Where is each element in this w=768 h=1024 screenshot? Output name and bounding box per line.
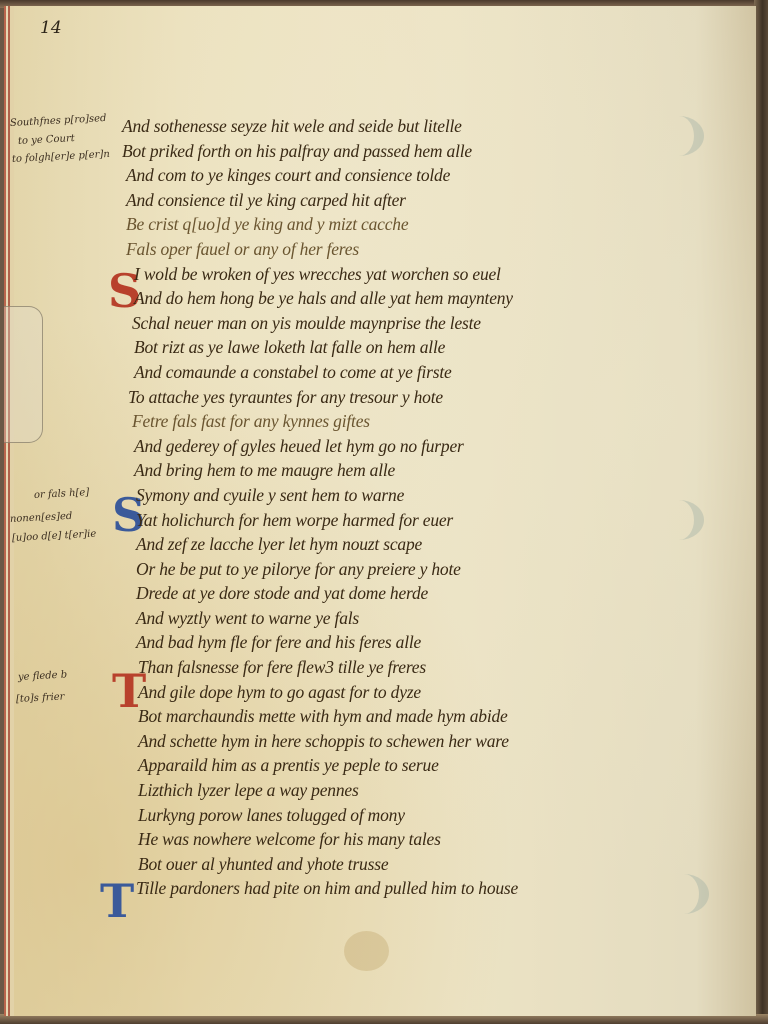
verse-line: And gederey of gyles heued let hym go no… bbox=[134, 434, 734, 459]
verse-line: And consience til ye king carped hit aft… bbox=[126, 188, 726, 213]
verse-line: And sothenesse seyze hit wele and seide … bbox=[122, 114, 722, 139]
verse-line: Than falsnesse for fere flew3 tille ye f… bbox=[138, 655, 738, 680]
verse-line: Be crist q[uo]d ye king and y mizt cacch… bbox=[126, 212, 726, 237]
marginal-note: or fals h[e] bbox=[34, 487, 90, 502]
verse-line: And zef ze lacche lyer let hym nouzt sca… bbox=[136, 532, 736, 557]
verse-line: And bring hem to me maugre hem alle bbox=[134, 458, 734, 483]
verse-text-block: And sothenesse seyze hit wele and seide … bbox=[122, 114, 722, 901]
book-clasp bbox=[4, 306, 43, 443]
verse-line: Schal neuer man on yis moulde maynprise … bbox=[132, 311, 732, 336]
verse-line: Symony and cyuile y sent hem to warne bbox=[136, 483, 736, 508]
verse-line: And gile dope hym to go agast for to dyz… bbox=[138, 680, 738, 705]
verse-line: Apparaild him as a prentis ye peple to s… bbox=[138, 753, 738, 778]
marginal-note: to folgh[er]e p[er]n bbox=[12, 149, 110, 166]
verse-line: Fetre fals fast for any kynnes giftes bbox=[132, 409, 732, 434]
verse-line: Lizthich lyzer lepe a way pennes bbox=[138, 778, 738, 803]
verse-line: Yat holichurch for hem worpe harmed for … bbox=[136, 508, 736, 533]
folio-number: 14 bbox=[40, 18, 62, 38]
verse-line: And do hem hong be ye hals and alle yat … bbox=[134, 286, 734, 311]
verse-line: Lurkyng porow lanes tolugged of mony bbox=[138, 803, 738, 828]
verse-line: I wold be wroken of yes wrecches yat wor… bbox=[134, 262, 734, 287]
verse-line: To attache yes tyrauntes for any tresour… bbox=[128, 385, 728, 410]
verse-line: Bot ouer al yhunted and yhote trusse bbox=[138, 852, 738, 877]
verse-line: And com to ye kinges court and consience… bbox=[126, 163, 726, 188]
verse-line: Drede at ye dore stode and yat dome herd… bbox=[136, 581, 736, 606]
marginal-note: Southfnes p[ro]sed bbox=[10, 113, 107, 130]
verse-line: Bot priked forth on his palfray and pass… bbox=[122, 139, 722, 164]
page-stain bbox=[344, 931, 389, 971]
verse-line: He was nowhere welcome for his many tale… bbox=[138, 827, 738, 852]
verse-line: And schette hym in here schoppis to sche… bbox=[138, 729, 738, 754]
marginal-note: [to]s frier bbox=[16, 691, 65, 706]
verse-line: And comaunde a constabel to come at ye f… bbox=[134, 360, 734, 385]
verse-line: Tille pardoners had pite on him and pull… bbox=[136, 876, 736, 901]
marginal-note: ye flede b bbox=[18, 669, 68, 684]
verse-line: Bot rizt as ye lawe loketh lat falle on … bbox=[134, 335, 734, 360]
verse-line: Bot marchaundis mette with hym and made … bbox=[138, 704, 738, 729]
book-right-edge bbox=[754, 0, 768, 1024]
manuscript-page: 14 Southfnes p[ro]sed to ye Court to fol… bbox=[4, 6, 756, 1016]
marginal-note: to ye Court bbox=[18, 133, 75, 148]
marginal-note: [u]oo d[e] t[er]ie bbox=[12, 529, 97, 545]
verse-line: Or he be put to ye pilorye for any preie… bbox=[136, 557, 736, 582]
verse-line: And bad hym fle for fere and his feres a… bbox=[136, 630, 736, 655]
verse-line: And wyztly went to warne ye fals bbox=[136, 606, 736, 631]
marginal-note: nonen[es]ed bbox=[10, 511, 73, 526]
verse-line: Fals oper fauel or any of her feres bbox=[126, 237, 726, 262]
